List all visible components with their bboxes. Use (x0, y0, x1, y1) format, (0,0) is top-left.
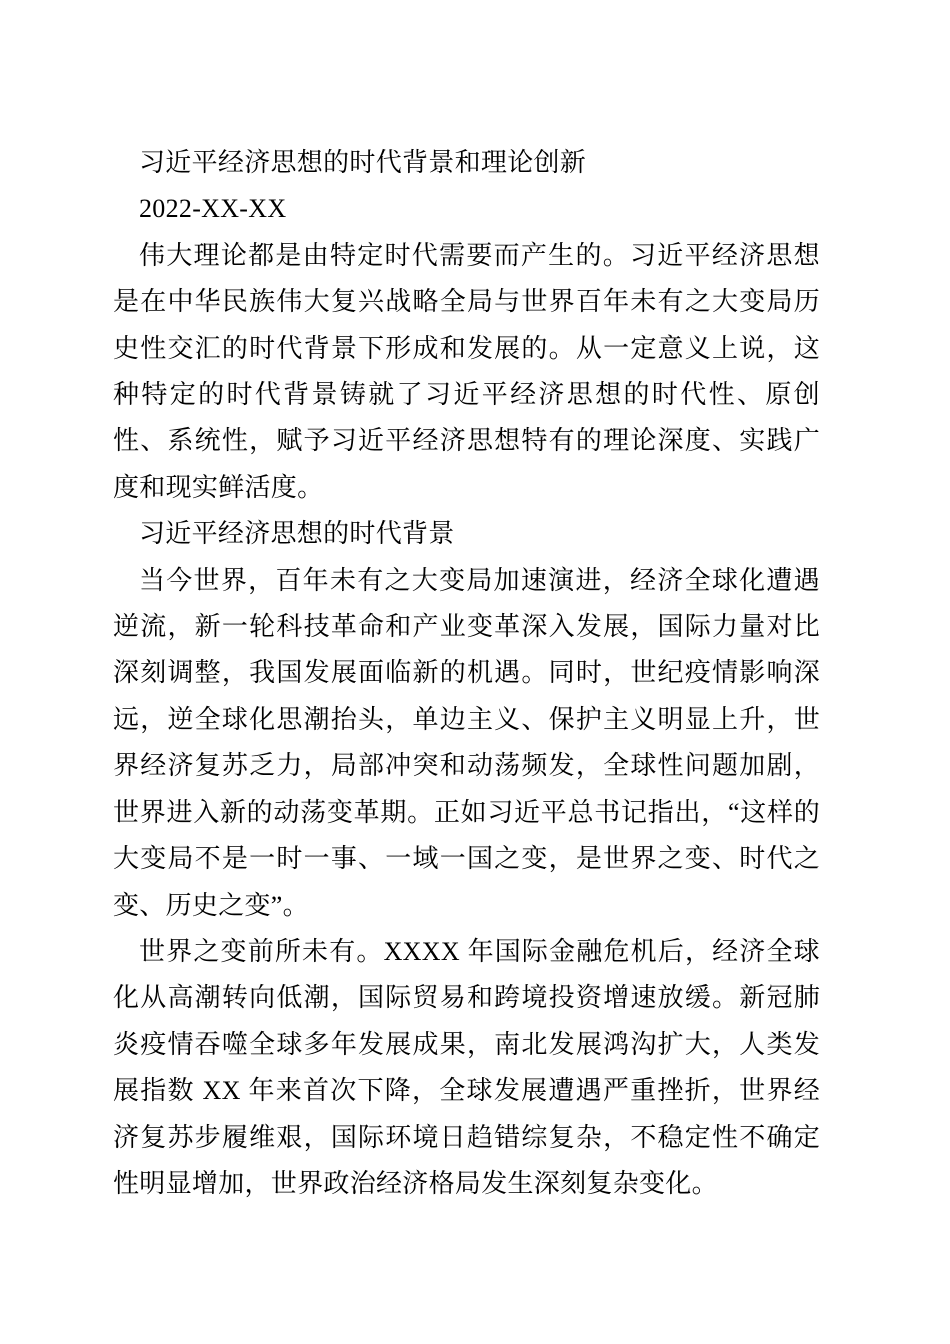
paragraph-unprecedented-changes: 世界之变前所未有。XXXX 年国际金融危机后，经济全球化从高潮转向低潮，国际贸易… (113, 929, 820, 1207)
section-heading-era-background: 习近平经济思想的时代背景 (113, 511, 820, 557)
document-title: 习近平经济思想的时代背景和理论创新 (113, 140, 820, 186)
paragraph-intro: 伟大理论都是由特定时代需要而产生的。习近平经济思想是在中华民族伟大复兴战略全局与… (113, 233, 820, 511)
document-date: 2022-XX-XX (113, 186, 820, 232)
document-page: 习近平经济思想的时代背景和理论创新 2022-XX-XX 伟大理论都是由特定时代… (0, 0, 950, 1344)
paragraph-world-changes: 当今世界，百年未有之大变局加速演进，经济全球化遭遇逆流，新一轮科技革命和产业变革… (113, 558, 820, 929)
